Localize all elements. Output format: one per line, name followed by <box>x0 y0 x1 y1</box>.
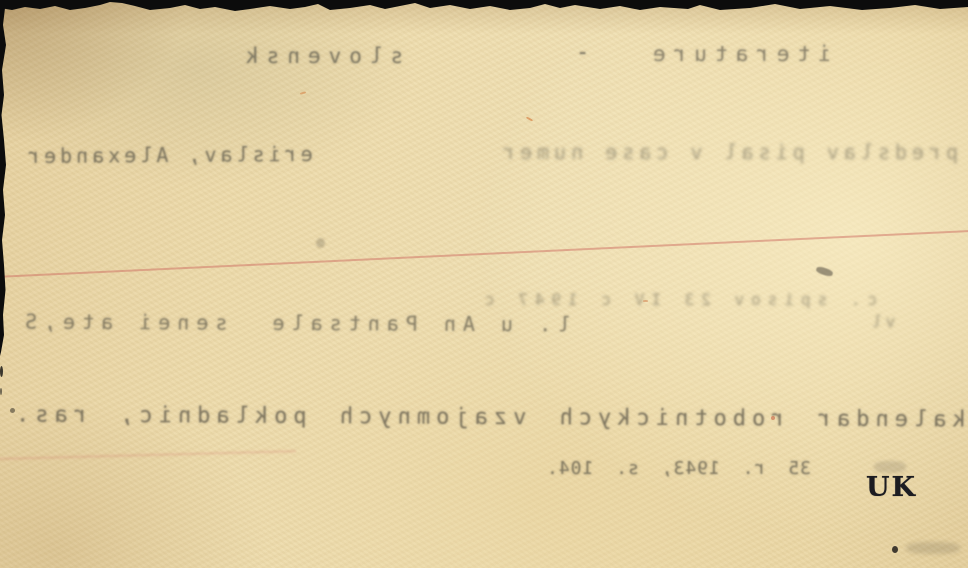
bleedthrough-line2-right: predslav pisal v case numer <box>498 140 958 164</box>
uk-stamp: UK <box>866 472 917 503</box>
torn-left-edge <box>0 0 10 568</box>
paper-fiber <box>643 300 648 302</box>
bleedthrough-line5: kalendar robotnickych vzajomnych pokladn… <box>10 402 966 432</box>
red-fleck <box>771 416 775 420</box>
bleedthrough-line4: l. u An Pantsale senei ate,S <box>18 310 570 337</box>
bleedthrough-line1-word1: slovensk <box>238 44 403 68</box>
bleedthrough-edge-fragment: vl <box>868 312 895 331</box>
bleedthrough-line1-word2: iterature <box>645 42 831 66</box>
paper-fiber <box>300 91 306 94</box>
pink-rule-smudge <box>0 450 296 460</box>
paper-fiber <box>526 116 533 121</box>
catalog-card-scan: slovensk - iterature erislav, Alexander … <box>0 0 968 568</box>
torn-top-edge <box>0 0 968 16</box>
bleedthrough-line2-left: erislav, Alexander <box>24 142 313 168</box>
bleedthrough-line1-dash: - <box>576 40 589 65</box>
ink-smear <box>906 542 960 554</box>
bleedthrough-line6: 35 r. 1943, s. 104. <box>546 458 811 479</box>
ink-speck <box>892 546 898 553</box>
ink-speck <box>815 266 833 278</box>
bleedthrough-mid-faint: c. spisov 23 IV c 1947 c <box>478 290 877 309</box>
ink-speck <box>10 408 15 413</box>
ink-speck <box>316 238 325 248</box>
pencil-smudge <box>874 461 906 473</box>
